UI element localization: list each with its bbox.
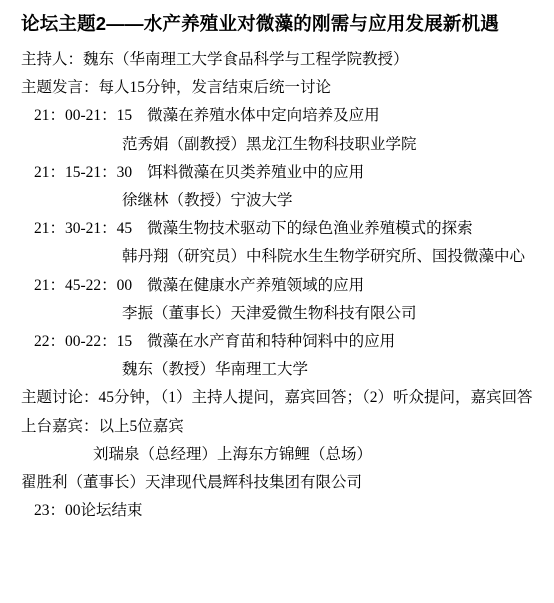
schedule-time: 21：15-21：30 <box>34 164 132 181</box>
guest-detail-line: 翟胜利（董事长）天津现代晨辉科技集团有限公司 <box>21 469 554 497</box>
schedule-topic: 饵料微藻在贝类养殖业中的应用 <box>147 164 364 181</box>
schedule-row-time-topic: 21：00-21：15微藻在养殖水体中定向培养及应用 <box>21 102 554 130</box>
schedule-time: 21：30-21：45 <box>34 220 132 237</box>
schedule-speaker: 魏东（教授）华南理工大学 <box>21 356 554 384</box>
document-page: 论坛主题2——水产养殖业对微藻的刚需与应用发展新机遇 主持人：魏东（华南理工大学… <box>0 0 554 603</box>
schedule-topic: 微藻在养殖水体中定向培养及应用 <box>147 107 380 124</box>
schedule-row-time-topic: 21：45-22：00微藻在健康水产养殖领域的应用 <box>21 272 554 300</box>
guests-line: 上台嘉宾：以上5位嘉宾 <box>21 413 554 441</box>
schedule-speaker: 徐继林（教授）宁波大学 <box>21 187 554 215</box>
schedule-time: 21：00-21：15 <box>34 107 132 124</box>
host-line: 主持人：魏东（华南理工大学食品科学与工程学院教授） <box>21 46 554 74</box>
schedule-topic: 微藻生物技术驱动下的绿色渔业养殖模式的探索 <box>147 220 473 237</box>
schedule-row-time-topic: 22：00-22：15微藻在水产育苗和特种饲料中的应用 <box>21 328 554 356</box>
schedule-time: 22：00-22：15 <box>34 333 132 350</box>
discussion-line: 主题讨论：45分钟，（1）主持人提问，嘉宾回答；（2）听众提问，嘉宾回答 <box>21 384 554 412</box>
schedule-time: 21：45-22：00 <box>34 277 132 294</box>
forum-title: 论坛主题2——水产养殖业对微藻的刚需与应用发展新机遇 <box>21 10 554 38</box>
schedule-row-time-topic: 21：15-21：30饵料微藻在贝类养殖业中的应用 <box>21 159 554 187</box>
schedule-speaker: 范秀娟（副教授）黑龙江生物科技职业学院 <box>21 131 554 159</box>
schedule-topic: 微藻在水产育苗和特种饲料中的应用 <box>147 333 395 350</box>
schedule-topic: 微藻在健康水产养殖领域的应用 <box>147 277 364 294</box>
guest-detail-line: 刘瑞泉（总经理）上海东方锦鲤（总场） <box>21 441 554 469</box>
schedule-speaker: 李振（董事长）天津爱微生物科技有限公司 <box>21 300 554 328</box>
schedule-row-time-topic: 21：30-21：45微藻生物技术驱动下的绿色渔业养殖模式的探索 <box>21 215 554 243</box>
keynote-intro-line: 主题发言：每人15分钟，发言结束后统一讨论 <box>21 74 554 102</box>
schedule-speaker: 韩丹翔（研究员）中科院水生生物学研究所、国投微藻中心 <box>21 243 554 271</box>
closing-line: 23：00论坛结束 <box>21 497 554 525</box>
